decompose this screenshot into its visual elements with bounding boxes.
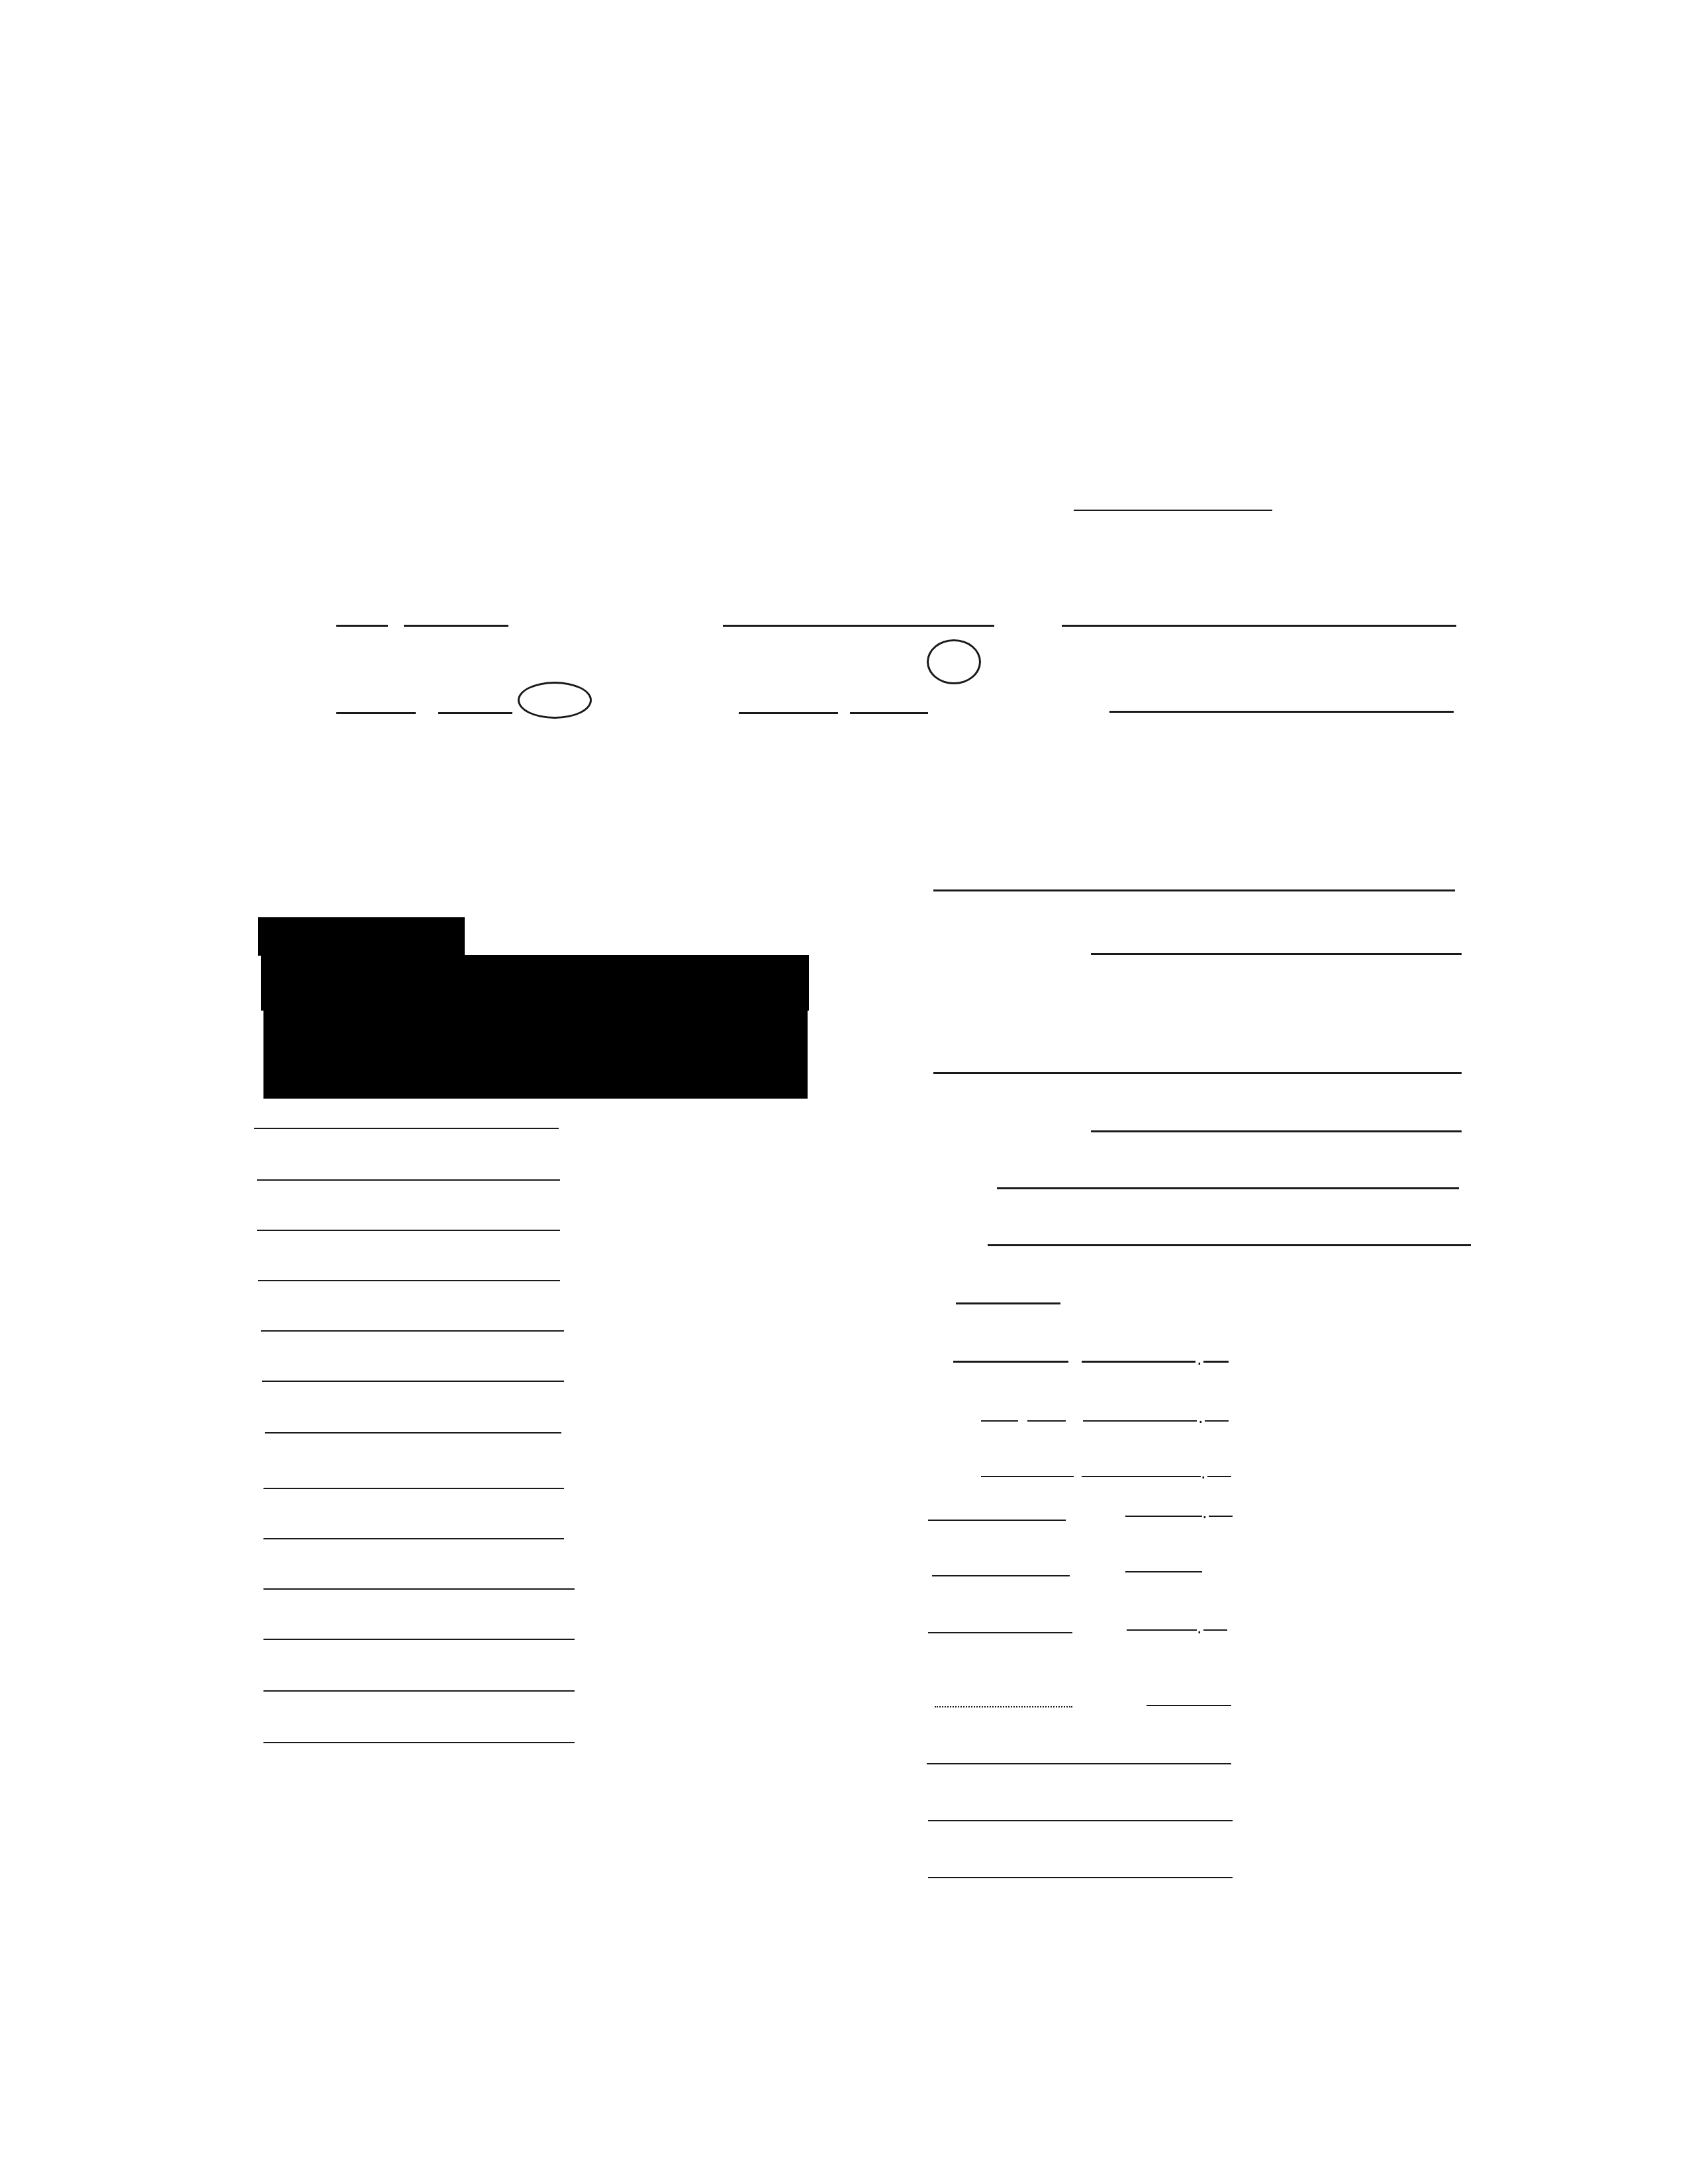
arrival-hour-line: [739, 712, 838, 714]
passenger-line-18[interactable]: [263, 1742, 575, 1743]
from-state-line: [1091, 953, 1462, 955]
passenger-line-24[interactable]: [927, 1763, 1231, 1764]
airframe-total-line: [1082, 1476, 1201, 1477]
decimal-point: .: [1197, 1619, 1206, 1637]
from-city-line: [933, 889, 1455, 891]
from-line: [723, 625, 994, 627]
trip-line: [1109, 711, 1454, 713]
passenger-line-26[interactable]: [928, 1877, 1233, 1878]
decimal-point: .: [1202, 1504, 1211, 1522]
approach-line: [1147, 1705, 1231, 1706]
tl-line: [1125, 1571, 1202, 1572]
airframe-flight-decimal-line: [1205, 1420, 1229, 1422]
passenger-line-22[interactable]: [928, 1632, 1072, 1633]
altitude-line: [981, 1476, 1074, 1477]
night-decimal-line: [1209, 1516, 1233, 1517]
statute-miles-line: [988, 1244, 1471, 1246]
arrival-selected-circle: [927, 639, 981, 684]
flight-time-hours-line: [981, 1420, 1018, 1422]
passenger-line-13[interactable]: [263, 1488, 564, 1489]
to-line: [1062, 625, 1456, 627]
pounds-line: [953, 1361, 1068, 1363]
passenger-line-21[interactable]: [932, 1575, 1070, 1576]
departure-selected-circle: [518, 682, 592, 719]
passenger-line-25[interactable]: [928, 1820, 1233, 1821]
redaction-block: [258, 917, 465, 956]
passenger-line-10[interactable]: [261, 1330, 564, 1332]
airframe-pounds-line: [1082, 1361, 1196, 1363]
flight-time-minutes-line: [1027, 1420, 1066, 1422]
redaction-block: [261, 955, 809, 1011]
passenger-line-11[interactable]: [262, 1381, 564, 1382]
imc-decimal-line: [1203, 1629, 1227, 1631]
imc-line: [1127, 1629, 1197, 1631]
to-city-line: [933, 1072, 1462, 1074]
passenger-line-7[interactable]: [257, 1179, 560, 1181]
airframe-pounds-decimal-line: [1203, 1361, 1229, 1363]
passenger-line-23[interactable]: [935, 1706, 1072, 1707]
airframe-flight-line: [1083, 1420, 1197, 1422]
passenger-line-9[interactable]: [258, 1280, 560, 1281]
night-line: [1125, 1516, 1202, 1517]
passenger-line-6[interactable]: [254, 1128, 559, 1129]
date-day-line: [404, 625, 508, 627]
passenger-line-20[interactable]: [928, 1520, 1066, 1521]
passenger-line-16[interactable]: [263, 1639, 575, 1640]
passenger-line-14[interactable]: [263, 1538, 564, 1539]
decimal-point: .: [1201, 1464, 1210, 1482]
departure-min-line: [438, 712, 512, 714]
gallons-line: [956, 1302, 1060, 1304]
departure-hour-line: [336, 712, 416, 714]
redaction-block: [263, 1010, 808, 1099]
passenger-line-8[interactable]: [257, 1230, 560, 1231]
passenger-line-12[interactable]: [265, 1432, 561, 1433]
passenger-line-15[interactable]: [263, 1588, 575, 1590]
airframe-total-decimal-line: [1207, 1476, 1231, 1477]
to-state-line: [1091, 1130, 1462, 1132]
decimal-point: .: [1198, 1408, 1207, 1427]
passenger-line-17[interactable]: [263, 1690, 575, 1692]
pilots-underline: [1074, 510, 1272, 511]
date-month-line: [336, 625, 388, 627]
arrival-min-line: [850, 712, 928, 714]
nautical-miles-line: [997, 1187, 1459, 1189]
decimal-point: .: [1197, 1350, 1206, 1369]
